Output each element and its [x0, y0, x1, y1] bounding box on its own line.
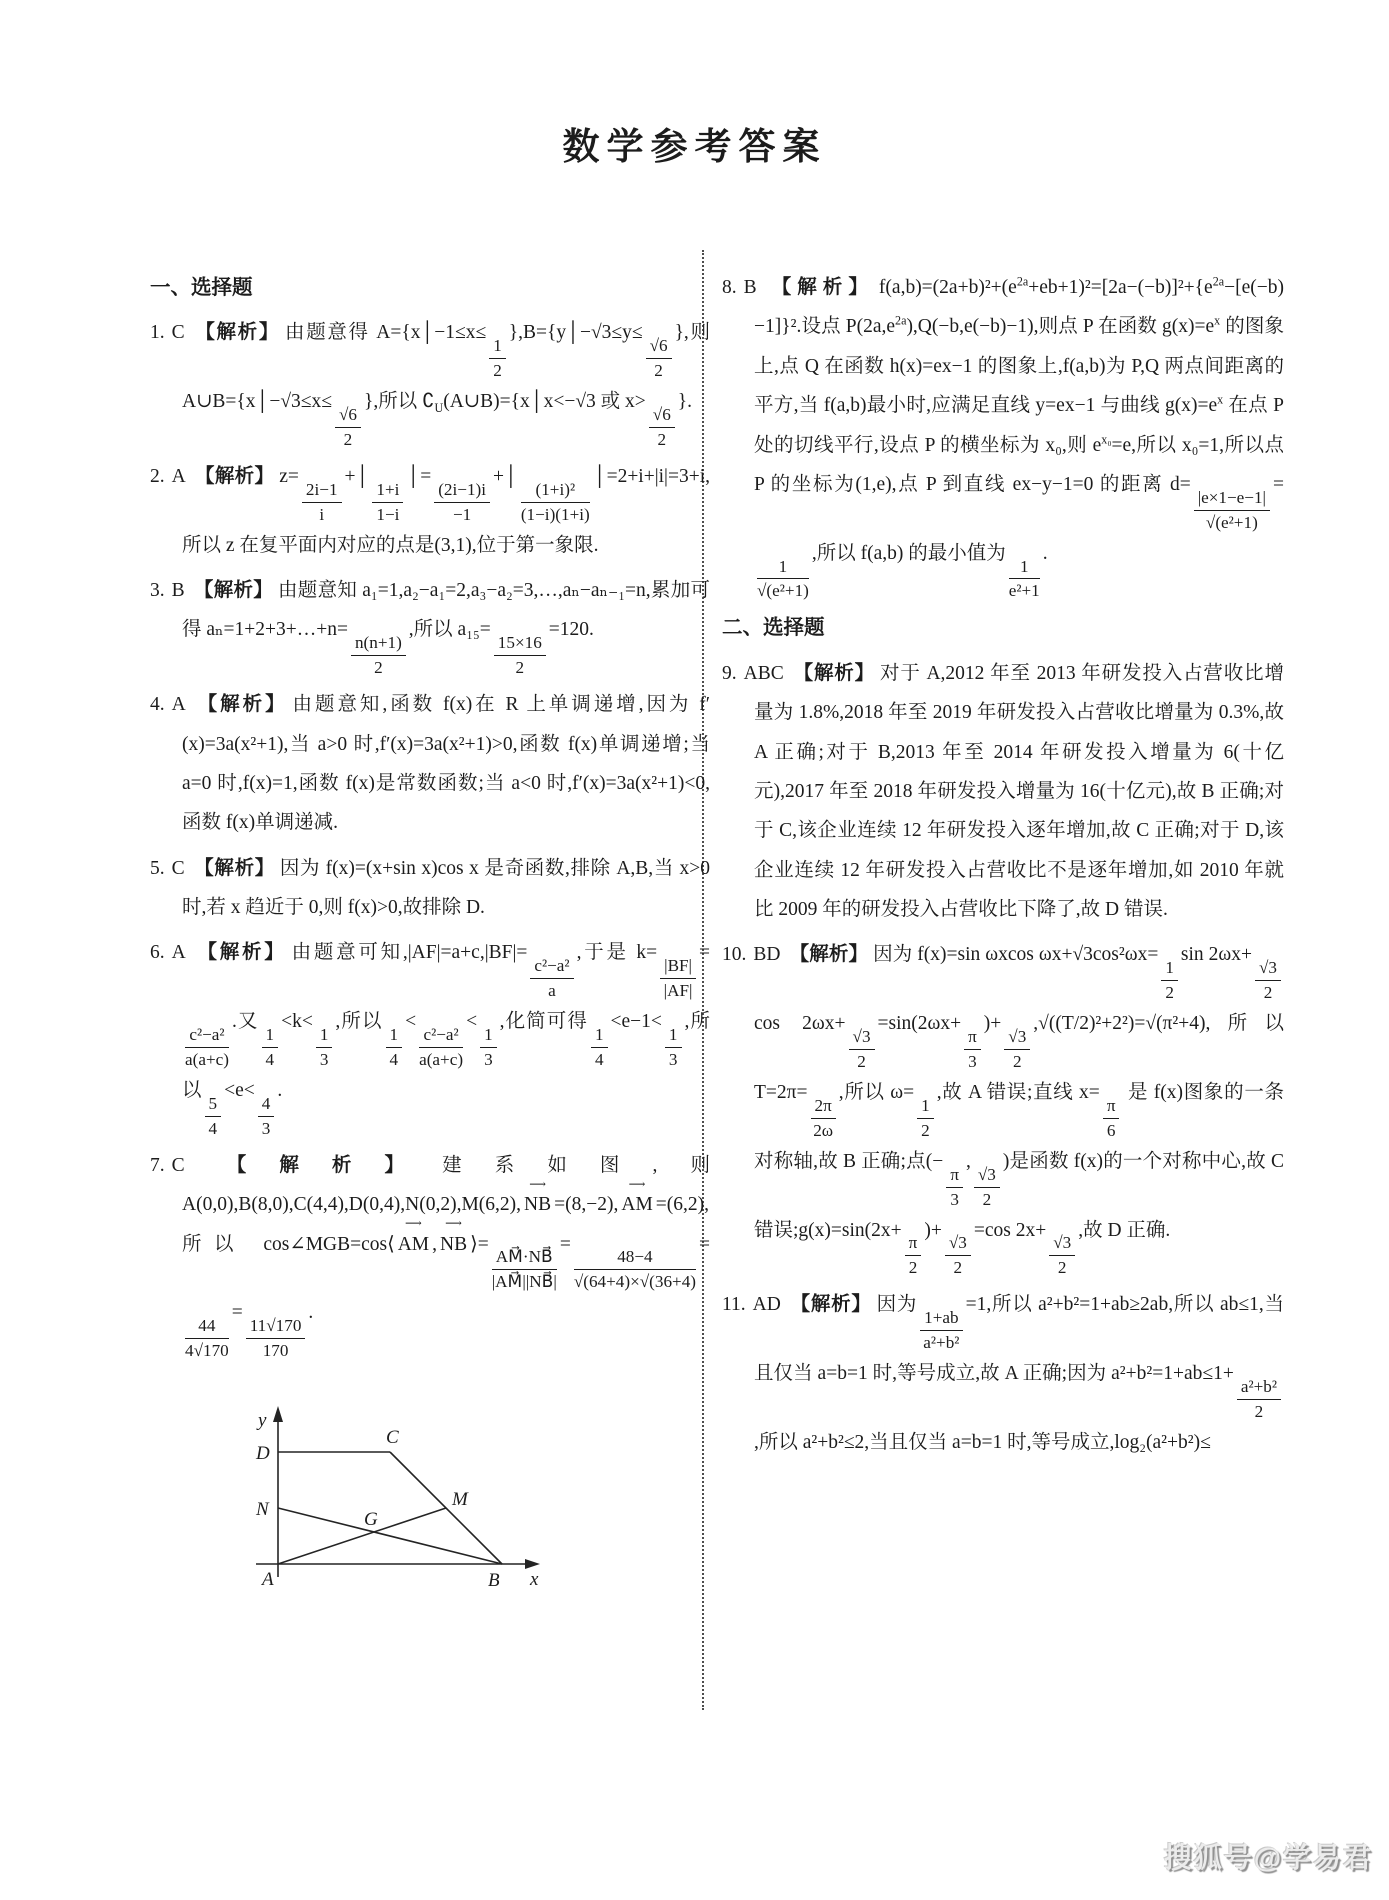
fraction: c²−a²a [530, 955, 573, 1002]
label-y: y [256, 1410, 267, 1431]
item-answer: C [172, 858, 185, 879]
label-D: D [255, 1443, 270, 1464]
item-body: 建系如图,则 A(0,0),B(8,0),C(4,4),D(0,4),N(0,2… [182, 1155, 710, 1324]
item-answer: AD [753, 1294, 781, 1315]
item-body: 由题意可知,|AF|=a+c,|BF|=c²−a²a,于是 k=|BF||AF|… [182, 942, 710, 1101]
fraction: √32 [1255, 957, 1281, 1004]
item-number: 11. [722, 1294, 746, 1315]
item-answer: B [172, 580, 185, 601]
analysis-tag: 【解析】 [789, 944, 868, 965]
fraction: 12 [1161, 957, 1178, 1004]
analysis-tag: 【解析】 [195, 694, 288, 715]
analysis-tag: 【解析】 [766, 277, 874, 298]
item-number: 2. [150, 466, 165, 487]
label-x: x [529, 1569, 539, 1590]
vector: NB [524, 1185, 551, 1224]
item-answer: A [172, 694, 186, 715]
fraction: 14 [591, 1024, 608, 1071]
fraction: 14 [386, 1024, 403, 1071]
fraction: √32 [1004, 1026, 1030, 1073]
right-column: 8.B【解析】f(a,b)=(2a+b)²+(e2a+eb+1)²=[2a−(−… [722, 268, 1284, 1468]
item-body: f(a,b)=(2a+b)²+(e2a+eb+1)²=[2a−(−b)]²+{e… [754, 277, 1284, 564]
analysis-tag: 【解析】 [793, 663, 875, 684]
item-answer: B [744, 277, 757, 298]
item-body: 因为 f(x)=sin ωxcos ωx+√3cos²ωx=12sin 2ωx+… [754, 944, 1284, 1240]
fraction: π6 [1103, 1095, 1120, 1142]
subscript: U [435, 401, 444, 415]
fraction: n(n+1)2 [351, 632, 406, 679]
fraction: c²−a²a(a+c) [185, 1024, 229, 1071]
solution-item-1: 1.C【解析】由题意得 A={x│−1≤x≤12},B={y│−√3≤y≤√62… [150, 313, 710, 451]
fraction: 14 [262, 1024, 279, 1071]
solution-item-7: 7.C【解析】建系如图,则 A(0,0),B(8,0),C(4,4),D(0,4… [150, 1146, 710, 1622]
item-number: 1. [150, 322, 165, 343]
item-number: 6. [150, 942, 165, 963]
fraction: 12 [917, 1095, 934, 1142]
analysis-tag: 【解析】 [195, 942, 287, 963]
label-C: C [386, 1427, 399, 1448]
segment-NB [278, 1508, 502, 1564]
item-number: 8. [722, 277, 737, 298]
item-number: 3. [150, 580, 165, 601]
item-answer: A [172, 942, 186, 963]
fraction: π3 [964, 1026, 981, 1073]
fraction: 444√170 [185, 1315, 229, 1362]
analysis-tag: 【解析】 [194, 322, 280, 343]
analysis-tag: 【解析】 [194, 580, 273, 601]
fraction: a²+b²2 [1237, 1376, 1281, 1423]
solution-item-10: 10.BD【解析】因为 f(x)=sin ωxcos ωx+√3cos²ωx=1… [722, 935, 1284, 1279]
item7-geometry-figure: y x D C N M G A B [240, 1372, 550, 1607]
fraction: 2π2ω [811, 1095, 836, 1142]
solution-item-6: 6.A【解析】由题意可知,|AF|=a+c,|BF|=c²−a²a,于是 k=|… [150, 933, 710, 1139]
section-two-heading: 二、选择题 [722, 608, 1284, 649]
fraction: 11√170170 [246, 1315, 306, 1362]
fraction: 12 [489, 335, 506, 382]
fraction: (2i−1)i−1 [434, 479, 490, 526]
label-G: G [364, 1509, 378, 1530]
solution-item-11: 11.AD【解析】因为1+aba²+b²=1,所以 a²+b²=1+ab≥2ab… [722, 1285, 1284, 1462]
fraction: 1e²+1 [1009, 556, 1040, 603]
fraction: √62 [335, 404, 361, 451]
page-title: 数学参考答案 [0, 116, 1389, 170]
superscript: 2a [895, 314, 906, 328]
item-body: 对于 A,2012 年至 2013 年研发投入占营收比增量为 1.8%,2018… [754, 663, 1284, 920]
section-one-heading: 一、选择题 [150, 268, 710, 309]
fraction: |BF||AF| [660, 955, 696, 1002]
solution-item-8: 8.B【解析】f(a,b)=(2a+b)²+(e2a+eb+1)²=[2a−(−… [722, 268, 1284, 602]
solution-item-9: 9.ABC【解析】对于 A,2012 年至 2013 年研发投入占营收比增量为 … [722, 654, 1284, 930]
watermark: 搜狐号@学易君 [1164, 1836, 1373, 1876]
fraction: 13 [480, 1024, 497, 1071]
fraction: 2i−1i [302, 479, 342, 526]
fraction: 1+i1−i [372, 479, 403, 526]
superscript: x [1214, 314, 1220, 328]
vector: AM [621, 1185, 652, 1224]
fraction: 1+aba²+b² [920, 1307, 962, 1354]
fraction: 13 [316, 1024, 333, 1071]
fraction: 13 [665, 1024, 682, 1071]
analysis-tag: 【解析】 [195, 466, 275, 487]
superscript: 2a [1017, 275, 1028, 289]
fraction: |e×1−e−1|√(e²+1) [1194, 487, 1270, 534]
vector: AM [398, 1225, 429, 1264]
fraction: √62 [649, 404, 675, 451]
fraction: 1√(e²+1) [757, 556, 809, 603]
fraction: π3 [946, 1164, 963, 1211]
fraction: 43 [258, 1093, 275, 1140]
fraction: √62 [646, 335, 672, 382]
label-B: B [488, 1570, 500, 1591]
item-body: 因为1+aba²+b²=1,所以 a²+b²=1+ab≥2ab,所以 ab≤1,… [754, 1294, 1284, 1453]
superscript: x₀ [1101, 432, 1111, 446]
analysis-tag: 【解析】 [194, 1155, 437, 1176]
item-number: 10. [722, 944, 746, 965]
item-answer: C [172, 1155, 185, 1176]
solution-item-4: 4.A【解析】由题意知,函数 f(x)在 R 上单调递增,因为 f′(x)=3a… [150, 685, 710, 843]
fraction: 48−4√(64+4)×√(36+4) [574, 1246, 696, 1293]
fraction: √32 [974, 1164, 1000, 1211]
item-number: 5. [150, 858, 165, 879]
item-answer: ABC [744, 663, 784, 684]
fraction: √32 [849, 1026, 875, 1073]
fraction: c²−a²a(a+c) [419, 1024, 463, 1071]
analysis-tag: 【解析】 [194, 858, 275, 879]
item-number: 9. [722, 663, 737, 684]
item-answer: BD [753, 944, 780, 965]
fraction: π2 [905, 1232, 922, 1279]
fraction: AM⃗·NB⃗|AM⃗||NB⃗| [492, 1246, 557, 1293]
vector: NB [440, 1225, 467, 1264]
label-M: M [451, 1489, 469, 1510]
item-body: 由题意知,函数 f(x)在 R 上单调递增,因为 f′(x)=3a(x²+1),… [182, 694, 710, 833]
left-column: 一、选择题 1.C【解析】由题意得 A={x│−1≤x≤12},B={y│−√3… [150, 268, 710, 1627]
item-number: 4. [150, 694, 165, 715]
fraction: √32 [945, 1232, 971, 1279]
fraction: 54 [205, 1093, 222, 1140]
superscript: 2a [1213, 275, 1224, 289]
segment-AM [278, 1508, 446, 1564]
item7-figure-wrap: y x D C N M G A B [240, 1372, 710, 1621]
item-answer: C [172, 322, 185, 343]
label-N: N [255, 1499, 270, 1520]
y-axis-arrowhead [273, 1406, 283, 1422]
fraction: 15×162 [494, 632, 546, 679]
x-axis-arrowhead [525, 1559, 540, 1569]
fraction: (1+i)²(1−i)(1+i) [521, 479, 590, 526]
item-number: 7. [150, 1155, 165, 1176]
fraction: √32 [1049, 1232, 1075, 1279]
superscript: x [1217, 393, 1223, 407]
solution-item-5: 5.C【解析】因为 f(x)=(x+sin x)cos x 是奇函数,排除 A,… [150, 849, 710, 928]
solution-item-2: 2.A【解析】z=2i−1i+│1+i1−i│=(2i−1)i−1+│(1+i)… [150, 457, 710, 565]
analysis-tag: 【解析】 [790, 1294, 872, 1315]
item-answer: A [172, 466, 186, 487]
solution-item-3: 3.B【解析】由题意知 a₁=1,a₂−a₁=2,a₃−a₂=3,…,aₙ−aₙ… [150, 571, 710, 679]
label-A: A [260, 1569, 274, 1590]
